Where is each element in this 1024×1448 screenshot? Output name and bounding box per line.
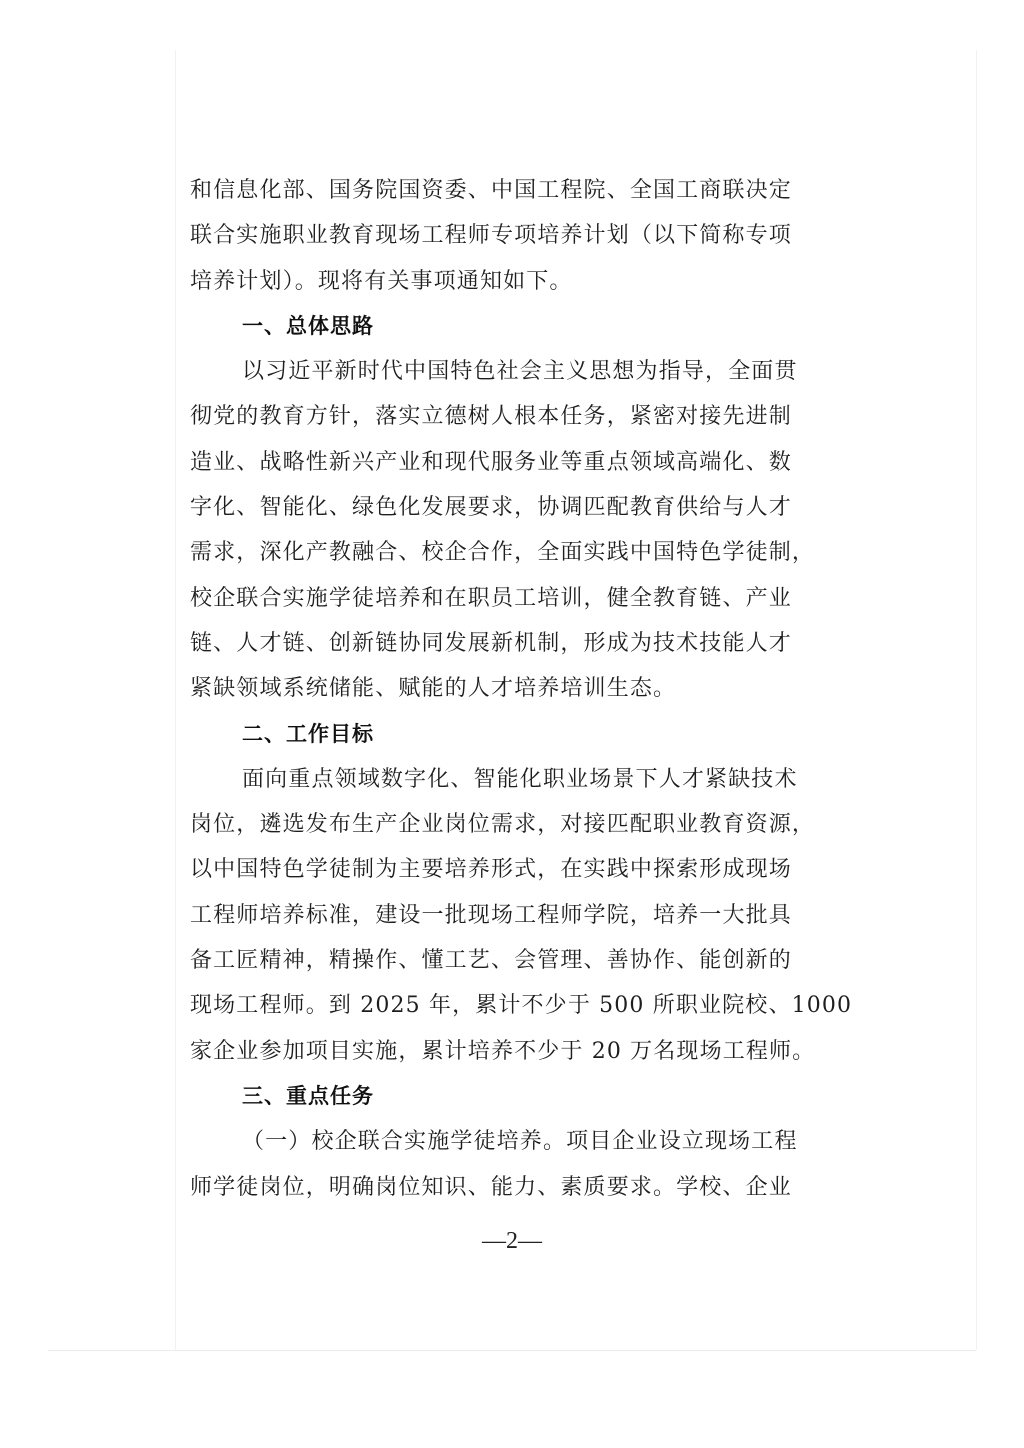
scan-left-edge <box>175 50 176 1350</box>
text-line: 工程师培养标准，建设一批现场工程师学院，培养一大批具 <box>190 893 838 938</box>
text-line: （一）校企联合实施学徒培养。项目企业设立现场工程 <box>190 1119 838 1164</box>
text-line: 彻党的教育方针，落实立德树人根本任务，紧密对接先进制 <box>190 394 838 439</box>
text-line: 紧缺领域系统储能、赋能的人才培养培训生态。 <box>190 666 838 711</box>
text-line: 以中国特色学徒制为主要培养形式，在实践中探索形成现场 <box>190 847 838 892</box>
text-line: 以习近平新时代中国特色社会主义思想为指导，全面贯 <box>190 349 838 394</box>
page-number: —2— <box>0 1228 1024 1255</box>
section-heading-overall-approach: 一、总体思路 <box>190 304 838 349</box>
section-paragraph-key-tasks: （一）校企联合实施学徒培养。项目企业设立现场工程 师学徒岗位，明确岗位知识、能力… <box>190 1119 838 1210</box>
text-line: 联合实施职业教育现场工程师专项培养计划（以下简称专项 <box>190 213 838 258</box>
section-paragraph-work-goals: 面向重点领域数字化、智能化职业场景下人才紧缺技术 岗位，遴选发布生产企业岗位需求… <box>190 757 838 1074</box>
text-line: 字化、智能化、绿色化发展要求，协调匹配教育供给与人才 <box>190 485 838 530</box>
section-heading-work-goals: 二、工作目标 <box>190 712 838 757</box>
section-paragraph-overall-approach: 以习近平新时代中国特色社会主义思想为指导，全面贯 彻党的教育方针，落实立德树人根… <box>190 349 838 711</box>
text-line: 造业、战略性新兴产业和现代服务业等重点领域高端化、数 <box>190 440 838 485</box>
text-line: 家企业参加项目实施，累计培养不少于 20 万名现场工程师。 <box>190 1029 838 1074</box>
text-line: 面向重点领域数字化、智能化职业场景下人才紧缺技术 <box>190 757 838 802</box>
document-page: 和信息化部、国务院国资委、中国工程院、全国工商联决定 联合实施职业教育现场工程师… <box>190 168 838 1210</box>
text-line: 校企联合实施学徒培养和在职员工培训，健全教育链、产业 <box>190 576 838 621</box>
scan-right-edge <box>976 50 977 1350</box>
section-heading-key-tasks: 三、重点任务 <box>190 1074 838 1119</box>
text-line: 和信息化部、国务院国资委、中国工程院、全国工商联决定 <box>190 168 838 213</box>
text-line: 岗位，遴选发布生产企业岗位需求，对接匹配职业教育资源， <box>190 802 838 847</box>
text-line: 备工匠精神，精操作、懂工艺、会管理、善协作、能创新的 <box>190 938 838 983</box>
text-line: 需求，深化产教融合、校企合作，全面实践中国特色学徒制， <box>190 530 838 575</box>
scan-bottom-edge <box>48 1350 976 1351</box>
text-line: 培养计划）。现将有关事项通知如下。 <box>190 259 838 304</box>
text-line: 现场工程师。到 2025 年，累计不少于 500 所职业院校、1000 <box>190 983 838 1028</box>
intro-paragraph: 和信息化部、国务院国资委、中国工程院、全国工商联决定 联合实施职业教育现场工程师… <box>190 168 838 304</box>
text-line: 师学徒岗位，明确岗位知识、能力、素质要求。学校、企业 <box>190 1165 838 1210</box>
text-line: 链、人才链、创新链协同发展新机制，形成为技术技能人才 <box>190 621 838 666</box>
